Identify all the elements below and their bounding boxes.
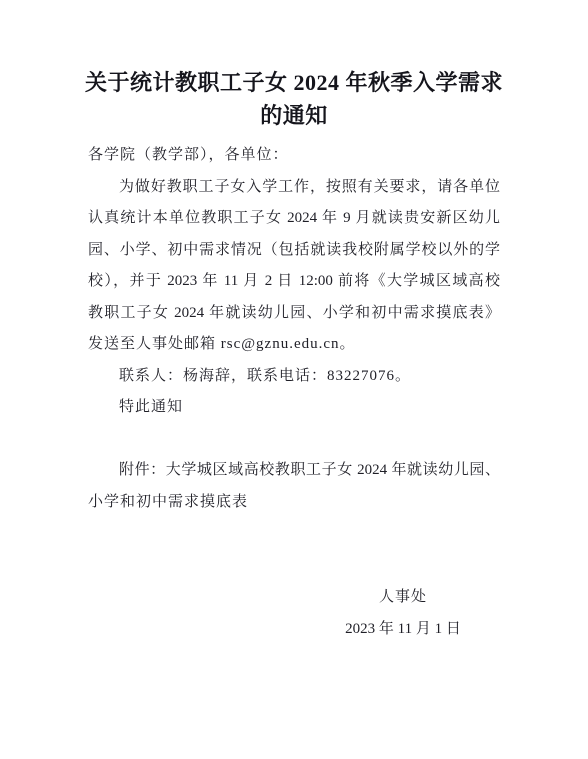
salutation: 各学院（教学部），各单位： bbox=[88, 140, 500, 172]
notice-document-page: 关于统计教职工子女 2024 年秋季入学需求 的通知 各学院（教学部），各单位：… bbox=[0, 0, 588, 759]
signature-block: 人事处 2023 年 11 月 1 日 bbox=[338, 582, 468, 645]
title-line-1: 关于统计教职工子女 2024 年秋季入学需求 bbox=[40, 66, 548, 99]
attachment-line2: 小学和初中需求摸底表 bbox=[88, 487, 500, 519]
notice-body: 各学院（教学部），各单位： 为做好教职工子女入学工作，按照有关要求，请各单位 认… bbox=[88, 140, 500, 518]
blank-line bbox=[88, 424, 500, 456]
paragraph1-line2: 认真统计本单位教职工子女 2024 年 9 月就读贵安新区幼儿 bbox=[88, 203, 500, 235]
title-line-2: 的通知 bbox=[40, 99, 548, 132]
paragraph1-line5: 教职工子女 2024 年就读幼儿园、小学和初中需求摸底表》 bbox=[88, 298, 500, 330]
signature-date: 2023 年 11 月 1 日 bbox=[338, 614, 468, 646]
signer-department: 人事处 bbox=[338, 582, 468, 614]
notice-title: 关于统计教职工子女 2024 年秋季入学需求 的通知 bbox=[40, 66, 548, 132]
paragraph1-line6-email: 发送至人事处邮箱 rsc@gznu.edu.cn。 bbox=[88, 329, 500, 361]
closing-line: 特此通知 bbox=[88, 392, 500, 424]
paragraph1-line3: 园、小学、初中需求情况（包括就读我校附属学校以外的学 bbox=[88, 235, 500, 267]
paragraph1-line1: 为做好教职工子女入学工作，按照有关要求，请各单位 bbox=[88, 172, 500, 204]
attachment-line1: 附件：大学城区域高校教职工子女 2024 年就读幼儿园、 bbox=[88, 455, 500, 487]
paragraph1-line4: 校），并于 2023 年 11 月 2 日 12:00 前将《大学城区域高校 bbox=[88, 266, 500, 298]
contact-line: 联系人：杨海辞，联系电话：83227076。 bbox=[88, 361, 500, 393]
